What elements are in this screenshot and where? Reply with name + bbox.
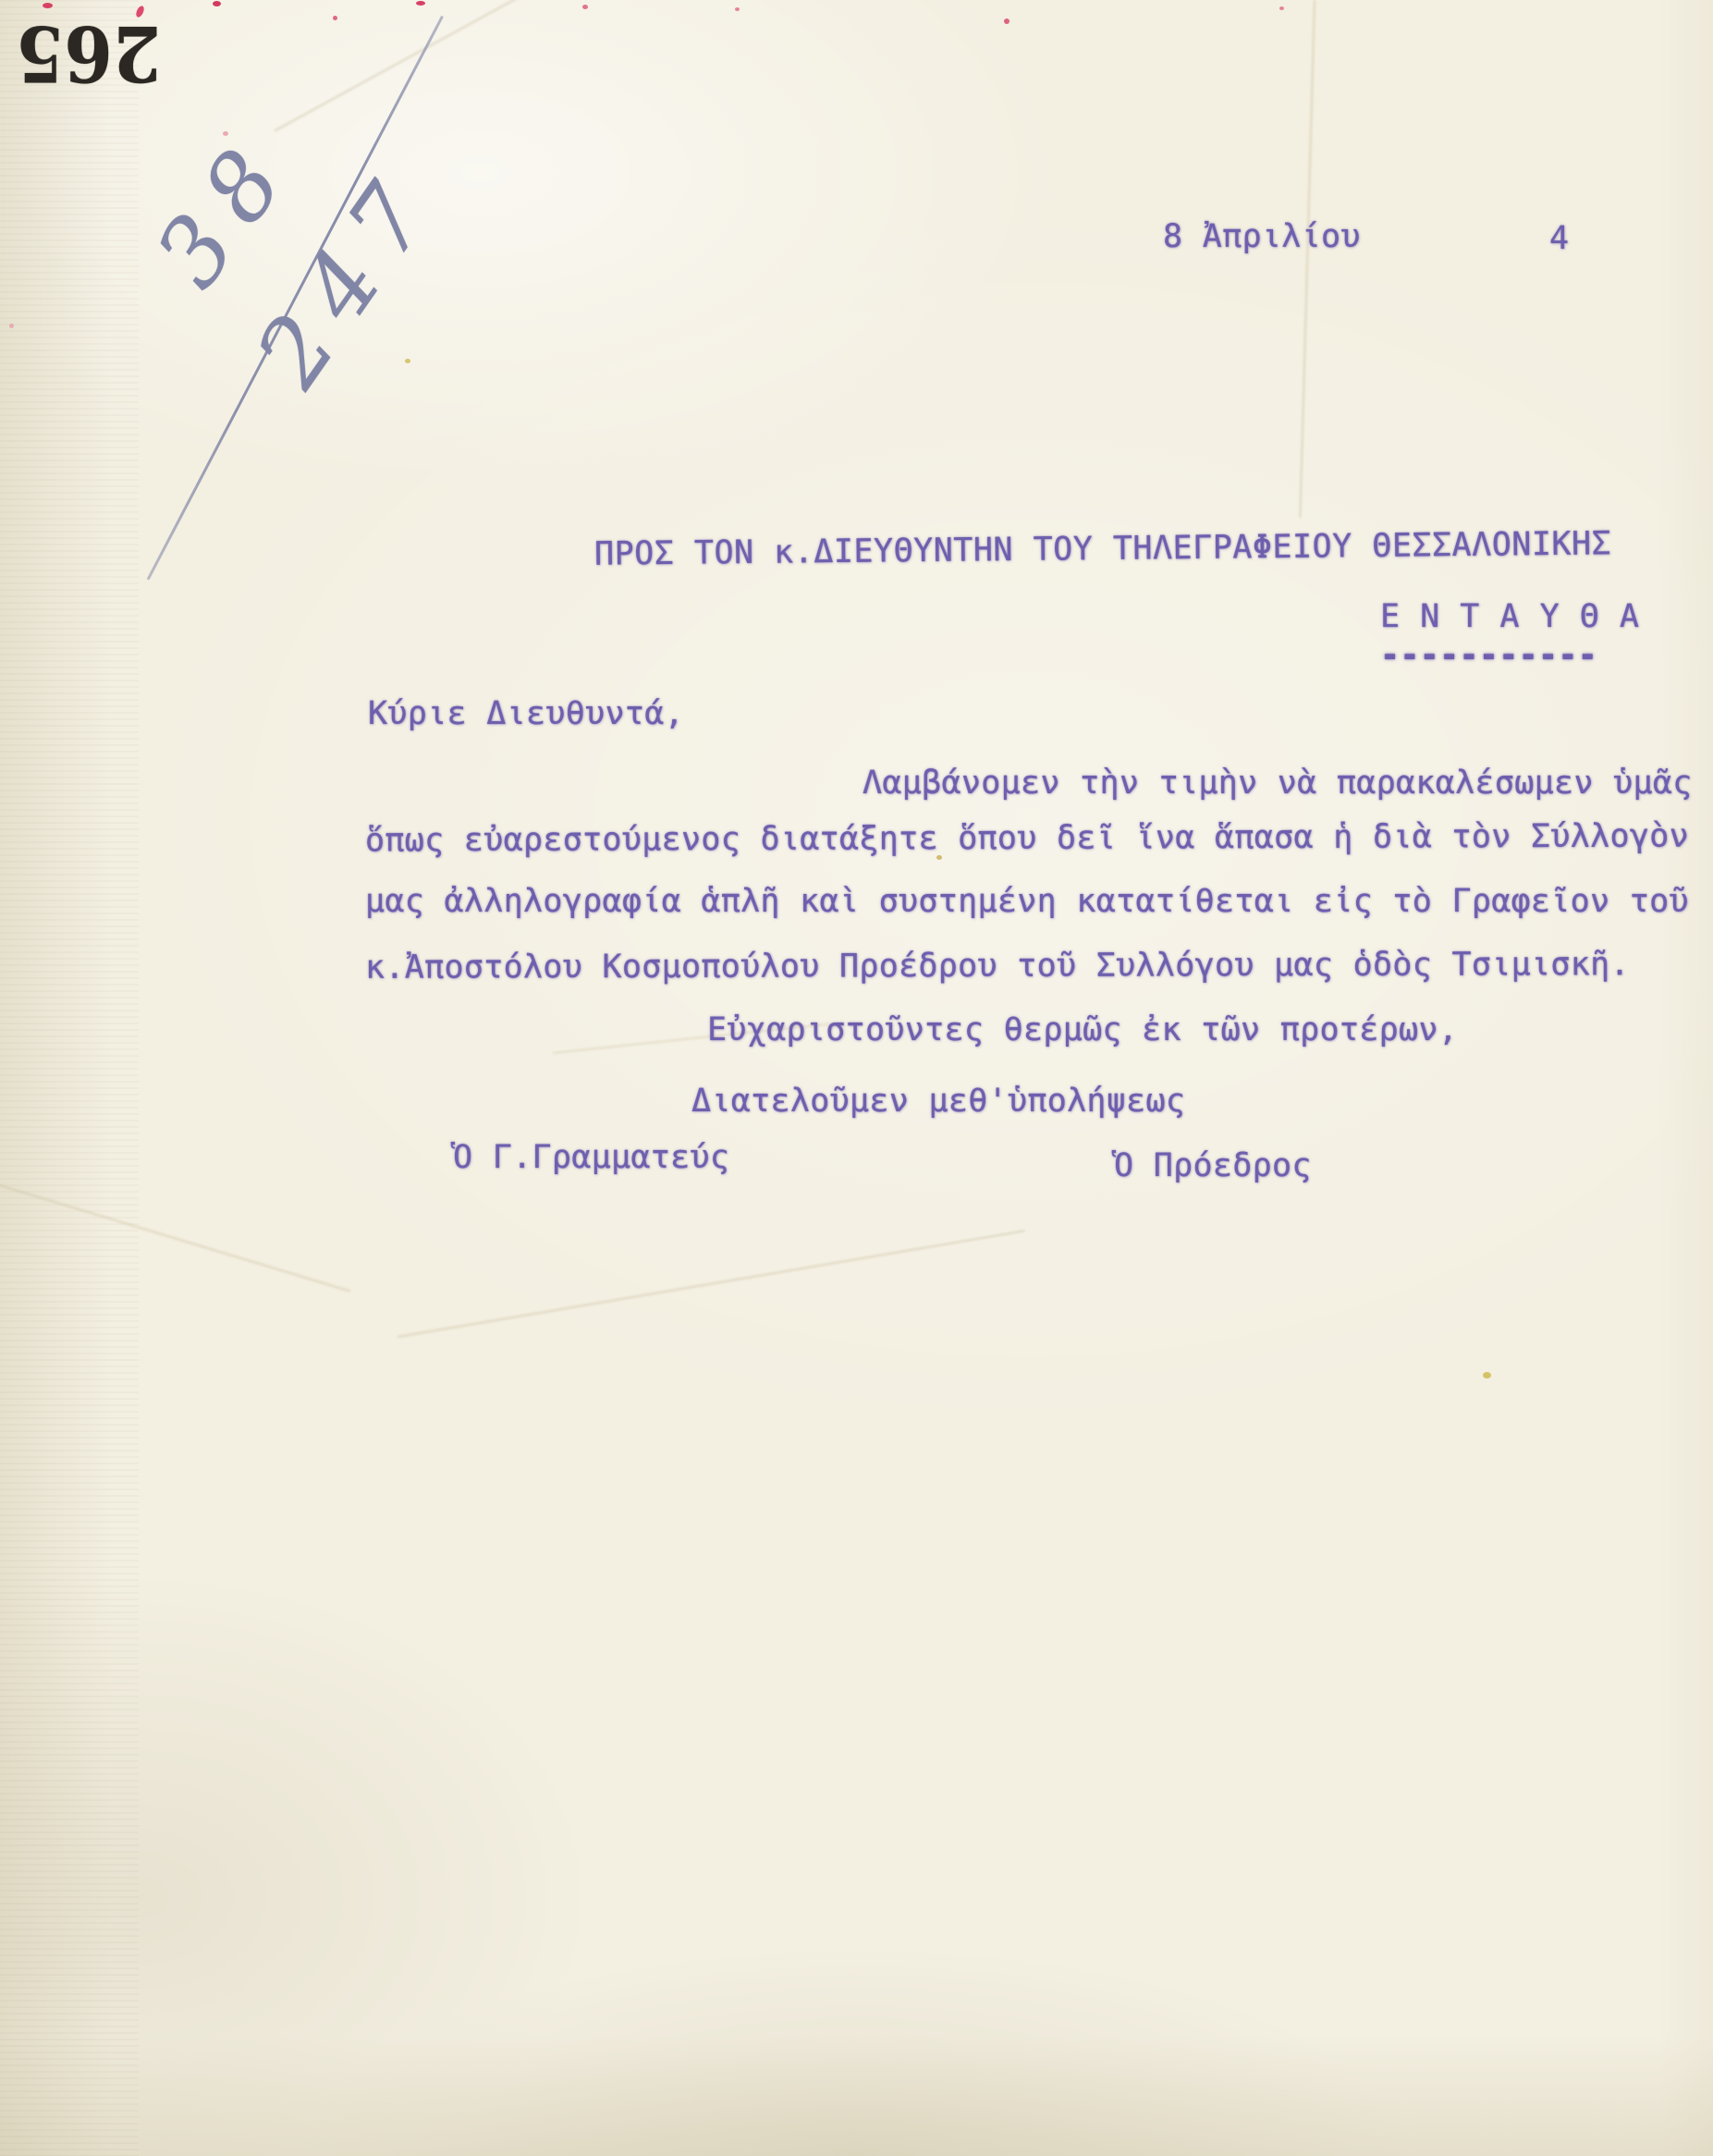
paper-crease <box>398 1230 1025 1338</box>
red-speck <box>735 7 740 11</box>
yellow-speck <box>405 359 410 363</box>
body-line-indent: Λαμβάνομεν τὴν τιμὴν νὰ παρακαλέσωμεν ὑμ… <box>863 767 1693 800</box>
yellow-speck <box>936 855 942 860</box>
red-speck <box>1004 18 1009 24</box>
paper-crease <box>275 0 522 131</box>
paper-crease <box>0 1183 350 1292</box>
page-number-stamp: 265 <box>16 15 161 91</box>
recipient-line: ΠΡΟΣ ΤΟΝ κ.ΔΙΕΥΘΥΝΤΗΝ ΤΟΥ ΤΗΛΕΓΡΑΦΕΙΟΥ Θ… <box>594 528 1611 571</box>
closing-line-thanks: Εὐχαριστοῦντες θερμῶς ἐκ τῶν προτέρων, <box>707 1014 1458 1047</box>
letter-page: 265 38 247 8 Ἀπριλίου 4 ΠΡΟΣ ΤΟΝ κ.ΔΙΕΥΘ… <box>0 0 1713 2156</box>
red-speck <box>416 1 425 6</box>
yellow-speck <box>1483 1372 1491 1378</box>
date-year-digit: 4 <box>1549 223 1569 255</box>
red-speck <box>213 1 221 6</box>
closing-line-respect: Διατελοῦμεν μεθ'ὑπολήψεως <box>691 1085 1185 1118</box>
date-day-month: 8 Ἀπριλίου <box>1163 221 1361 253</box>
red-speck <box>333 16 337 20</box>
paper-crease <box>1299 0 1315 518</box>
body-line: μας ἀλληλογραφία ἁπλῆ καὶ συστημένη κατα… <box>365 886 1689 918</box>
paper-texture <box>0 0 139 2156</box>
red-speck <box>43 3 53 8</box>
body-line: κ.Ἀποστόλου Κοσμοπούλου Προέδρου τοῦ Συλ… <box>365 949 1630 985</box>
body-line: ὅπως εὐαρεστούμενος διατάξητε ὅπου δεῖ ἵ… <box>365 821 1689 858</box>
signature-title-secretary: Ὁ Γ.Γραμματεύς <box>453 1142 729 1174</box>
pink-speck <box>9 324 14 328</box>
signature-title-president: Ὁ Πρόεδρος <box>1114 1150 1312 1182</box>
salutation: Κύριε Διευθυντά, <box>368 698 684 730</box>
pink-speck <box>223 131 228 136</box>
red-speck <box>582 5 588 9</box>
delivery-location: Ε Ν Τ Α Υ Θ Α <box>1380 601 1639 633</box>
red-speck <box>1279 6 1284 10</box>
location-underline: ----------- <box>1380 637 1597 674</box>
